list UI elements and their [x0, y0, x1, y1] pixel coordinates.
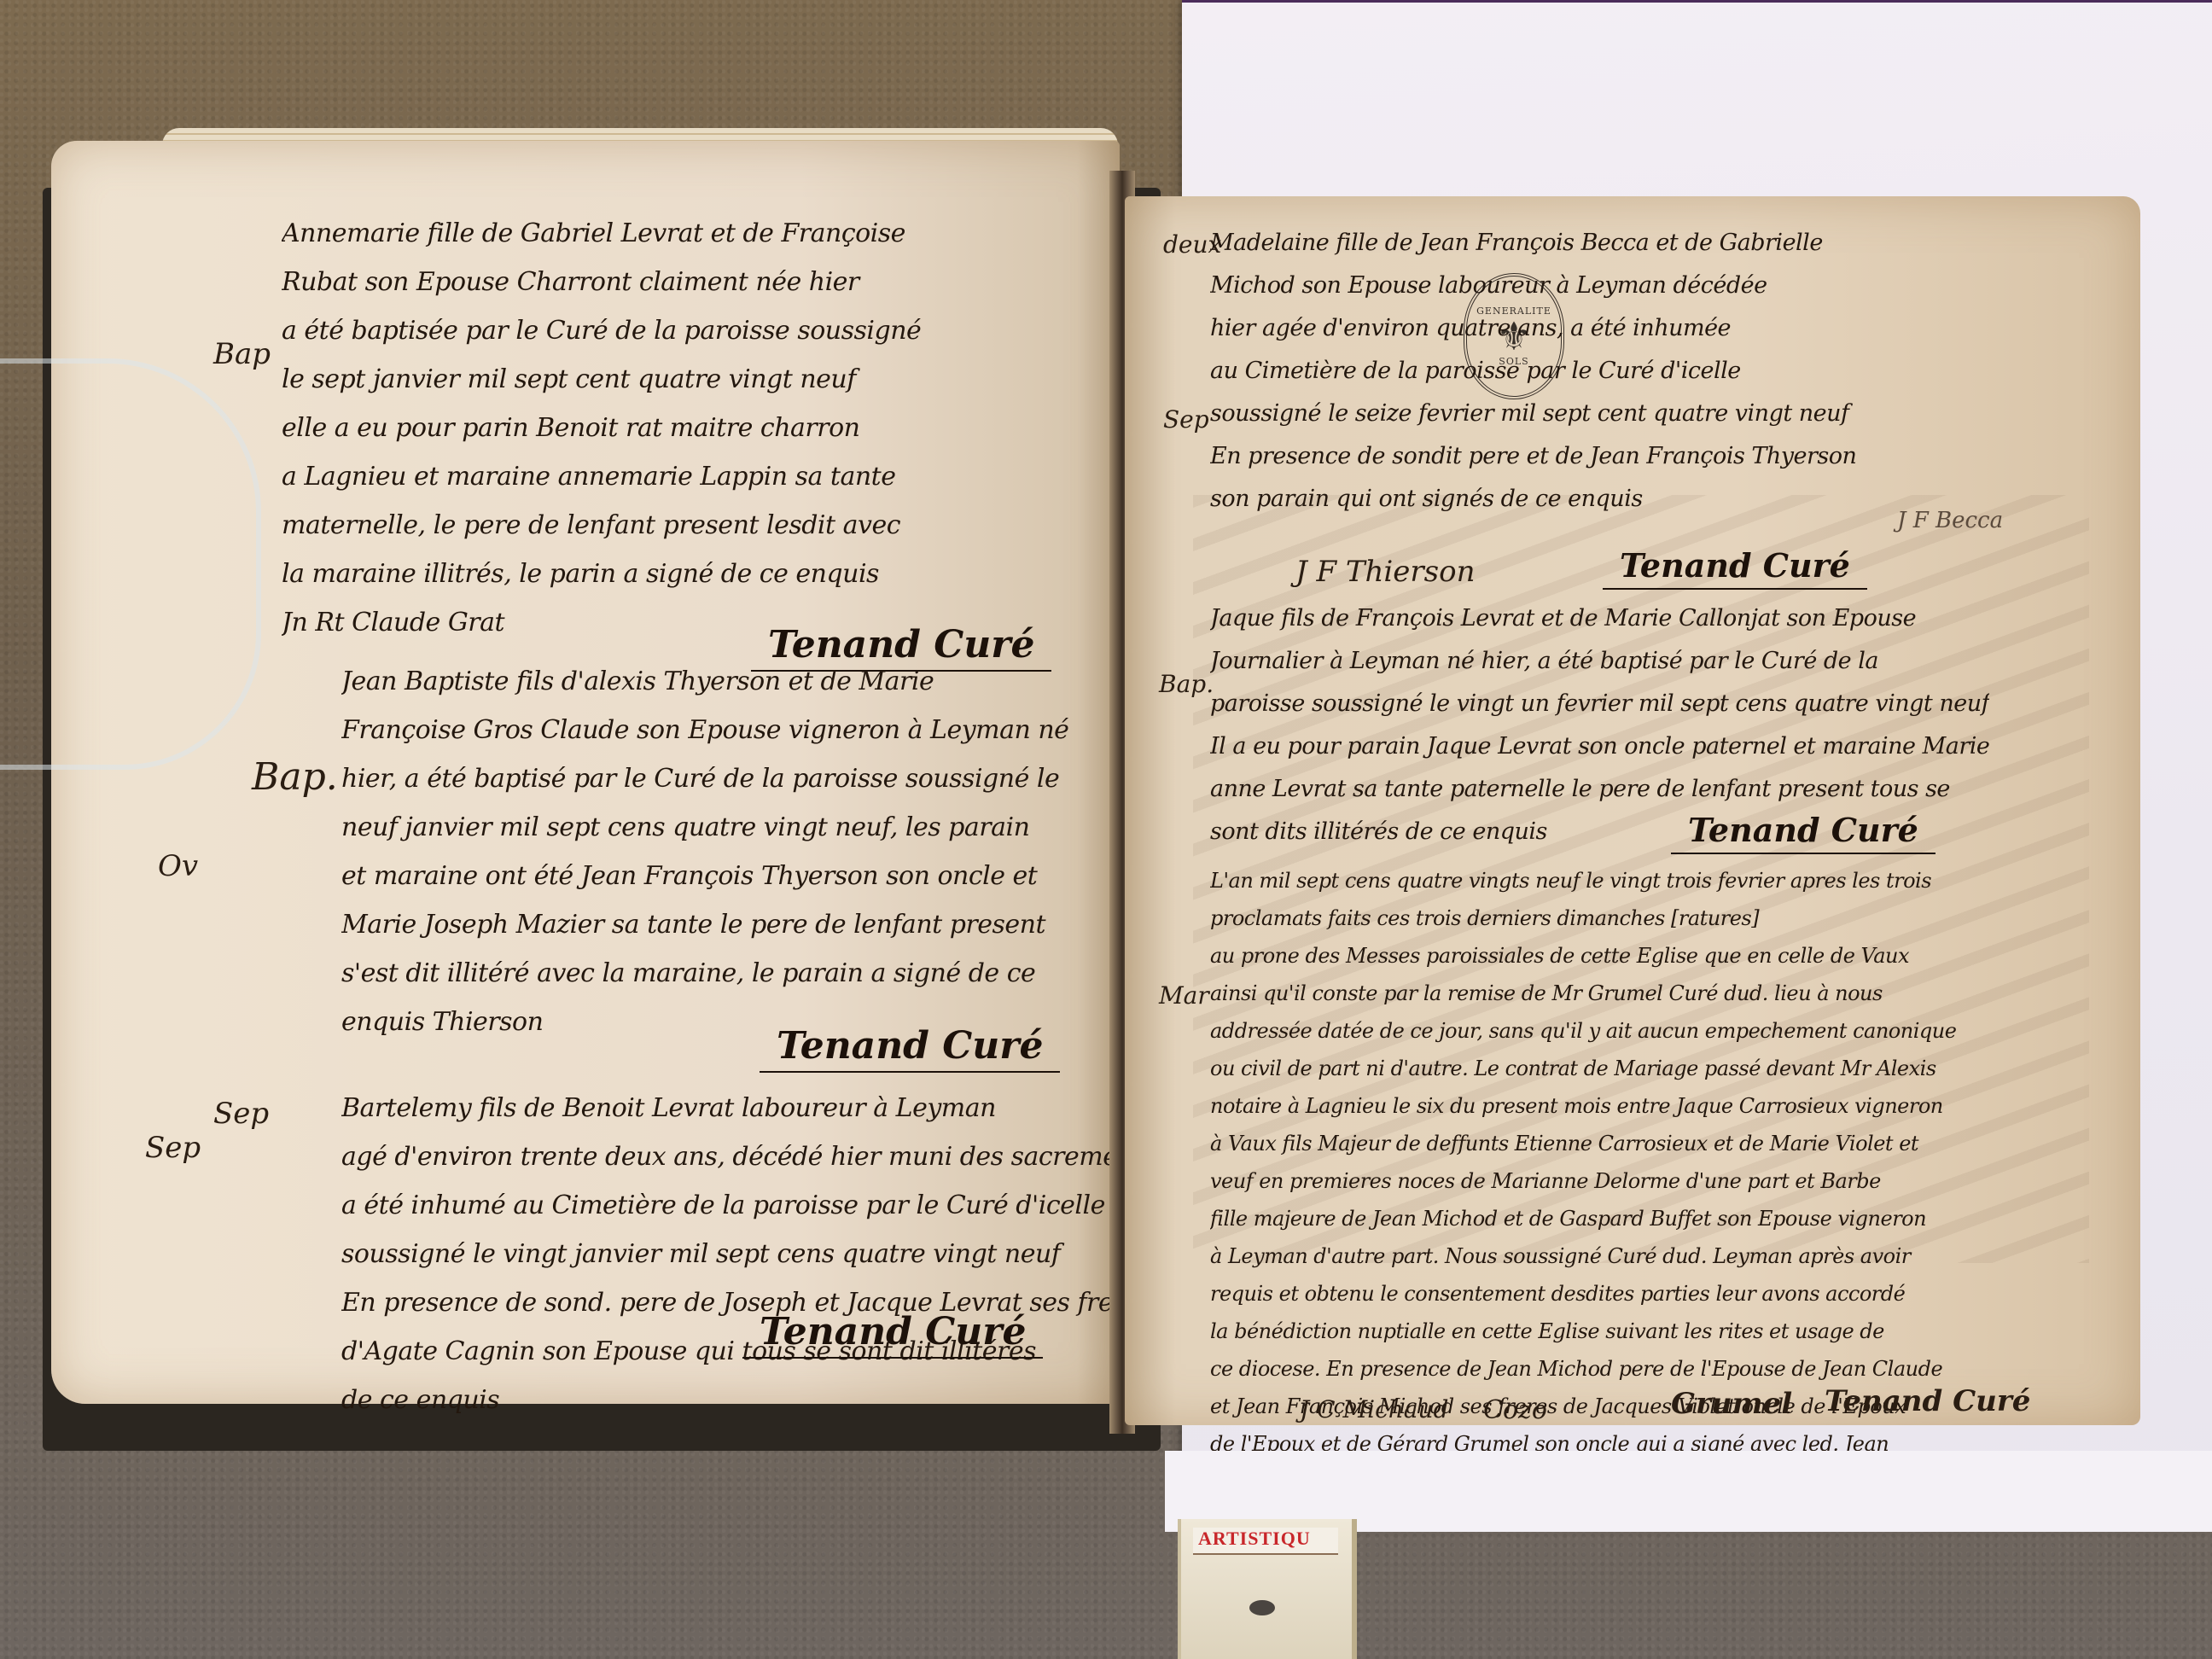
entry-line: Bartelemy fils de Benoit Levrat laboureu…	[341, 1084, 1185, 1132]
entry-line: proclamats faits ces trois derniers dima…	[1210, 899, 2047, 937]
margin-note-burial: Sep	[1163, 405, 1209, 434]
stapler: ARTISTIQU	[1178, 1519, 1357, 1659]
entry-line: Il a eu pour parain Jaque Levrat son onc…	[1210, 725, 1989, 768]
entry-line: hier, a été baptisé par le Curé de la pa…	[341, 754, 1068, 803]
entry-line: son parain qui ont signés de ce enquis	[1210, 478, 1856, 521]
right-page: deux Sep Madelaine fille de Jean Françoi…	[1125, 196, 2140, 1425]
entry-line: L'an mil sept cens quatre vingts neuf le…	[1210, 862, 2047, 899]
entry-line: En presence de sondit pere et de Jean Fr…	[1210, 435, 1856, 478]
entry-line: anne Levrat sa tante paternelle le pere …	[1210, 768, 1989, 811]
entry-burial-bartelemy: Bartelemy fils de Benoit Levrat laboureu…	[341, 1084, 1185, 1424]
entry-line: le sept janvier mil sept cent quatre vin…	[282, 355, 921, 404]
entry-line: la maraine illitrés, le parin a signé de…	[282, 550, 921, 598]
signature-tenand-cure: Tenand Curé	[1603, 546, 1867, 590]
signature-tenand-cure: Tenand Curé	[1825, 1384, 2030, 1418]
entry-line: agé d'environ trente deux ans, décédé hi…	[341, 1132, 1185, 1181]
entry-line: veuf en premieres noces de Marianne Delo…	[1210, 1162, 2047, 1200]
entry-line: ainsi qu'il conste par la remise de Mr G…	[1210, 975, 2047, 1012]
entry-line: a été baptisée par le Curé de la paroiss…	[282, 306, 921, 355]
entry-line: au prone des Messes paroissiales de cett…	[1210, 937, 2047, 975]
entry-line: Jaque fils de François Levrat et de Mari…	[1210, 597, 1989, 640]
signature-tenand-cure: Tenand Curé	[760, 1024, 1060, 1073]
margin-note-burial: Sep	[213, 1097, 269, 1131]
entry-line: ce diocese. En presence de Jean Michod p…	[1210, 1350, 2047, 1388]
entry-line: requis et obtenu le consentement desdite…	[1210, 1275, 2047, 1313]
entry-line: Madelaine fille de Jean François Becca e…	[1210, 222, 1856, 265]
entry-line: notaire à Lagnieu le six du present mois…	[1210, 1087, 2047, 1125]
entry-line: et maraine ont été Jean François Thyerso…	[341, 852, 1068, 900]
entry-line: addressée datée de ce jour, sans qu'il y…	[1210, 1012, 2047, 1050]
stapler-label: ARTISTIQU	[1193, 1528, 1338, 1555]
signature-michaud: J C Michaud	[1300, 1395, 1448, 1423]
signature-thierson: J F Thierson	[1295, 555, 1475, 589]
left-page: Bap Annemarie fille de Gabriel Levrat et…	[51, 141, 1120, 1404]
entry-line: maternelle, le pere de lenfant present l…	[282, 501, 921, 550]
entry-line: elle a eu pour parin Benoit rat maitre c…	[282, 404, 921, 452]
signature-cozo: Cozo	[1483, 1395, 1547, 1425]
entry-line: Rubat son Epouse Charront claiment née h…	[282, 258, 921, 306]
entry-line: a été inhumé au Cimetière de la paroisse…	[341, 1181, 1185, 1230]
entry-line: soussigné le seize fevrier mil sept cent…	[1210, 393, 1856, 435]
entry-line: à Vaux fils Majeur de deffunts Etienne C…	[1210, 1125, 2047, 1162]
signature-tenand-cure: Tenand Curé	[742, 1310, 1043, 1359]
entry-line: la bénédiction nuptialle en cette Eglise…	[1210, 1313, 2047, 1350]
fleur-de-lis-icon: ⚜	[1496, 317, 1531, 356]
margin-note-marriage: Mar	[1159, 981, 1209, 1010]
signature-tenand-cure: Tenand Curé	[1671, 811, 1935, 854]
margin-note-baptism: Bap	[213, 337, 271, 371]
entry-line: à Leyman d'autre part. Nous soussigné Cu…	[1210, 1237, 2047, 1275]
signature-grumel: Grumel	[1671, 1387, 1792, 1421]
entry-line: soussigné le vingt janvier mil sept cens…	[341, 1230, 1185, 1278]
margin-note-burial: Sep	[145, 1131, 201, 1165]
entry-line: s'est dit illitéré avec la maraine, le p…	[341, 949, 1068, 998]
entry-baptism-jean-baptiste: Jean Baptiste fils d'alexis Thyerson et …	[341, 657, 1068, 1046]
margin-note-mark: Ov	[158, 849, 198, 883]
margin-note-baptism: Bap.	[252, 755, 338, 799]
entry-line: Annemarie fille de Gabriel Levrat et de …	[282, 209, 921, 258]
entry-line: a Lagnieu et maraine annemarie Lappin sa…	[282, 452, 921, 501]
stamp-bottom-text: SOLS	[1499, 356, 1528, 367]
entry-line: ou civil de part ni d'autre. Le contrat …	[1210, 1050, 2047, 1087]
entry-baptism-annemarie: Annemarie fille de Gabriel Levrat et de …	[282, 209, 921, 647]
entry-line: fille majeure de Jean Michod et de Gaspa…	[1210, 1200, 2047, 1237]
signature-becca: J F Becca	[1897, 508, 2003, 533]
entry-line: Marie Joseph Mazier sa tante le pere de …	[341, 900, 1068, 949]
plastic-sleeve-edge	[0, 358, 261, 770]
entry-line: Françoise Gros Claude son Epouse vignero…	[341, 706, 1068, 754]
entry-line: Journalier à Leyman né hier, a été bapti…	[1210, 640, 1989, 683]
entry-line: de ce enquis	[341, 1376, 1185, 1424]
entry-line: neuf janvier mil sept cens quatre vingt …	[341, 803, 1068, 852]
entry-line: paroisse soussigné le vingt un fevrier m…	[1210, 683, 1989, 725]
stapler-hole	[1249, 1600, 1275, 1615]
entry-line: Jean Baptiste fils d'alexis Thyerson et …	[341, 657, 1068, 706]
margin-note-baptism: Bap.	[1159, 670, 1214, 698]
fleur-de-lis-stamp-icon: GENERALITE ⚜ SOLS	[1464, 273, 1564, 399]
